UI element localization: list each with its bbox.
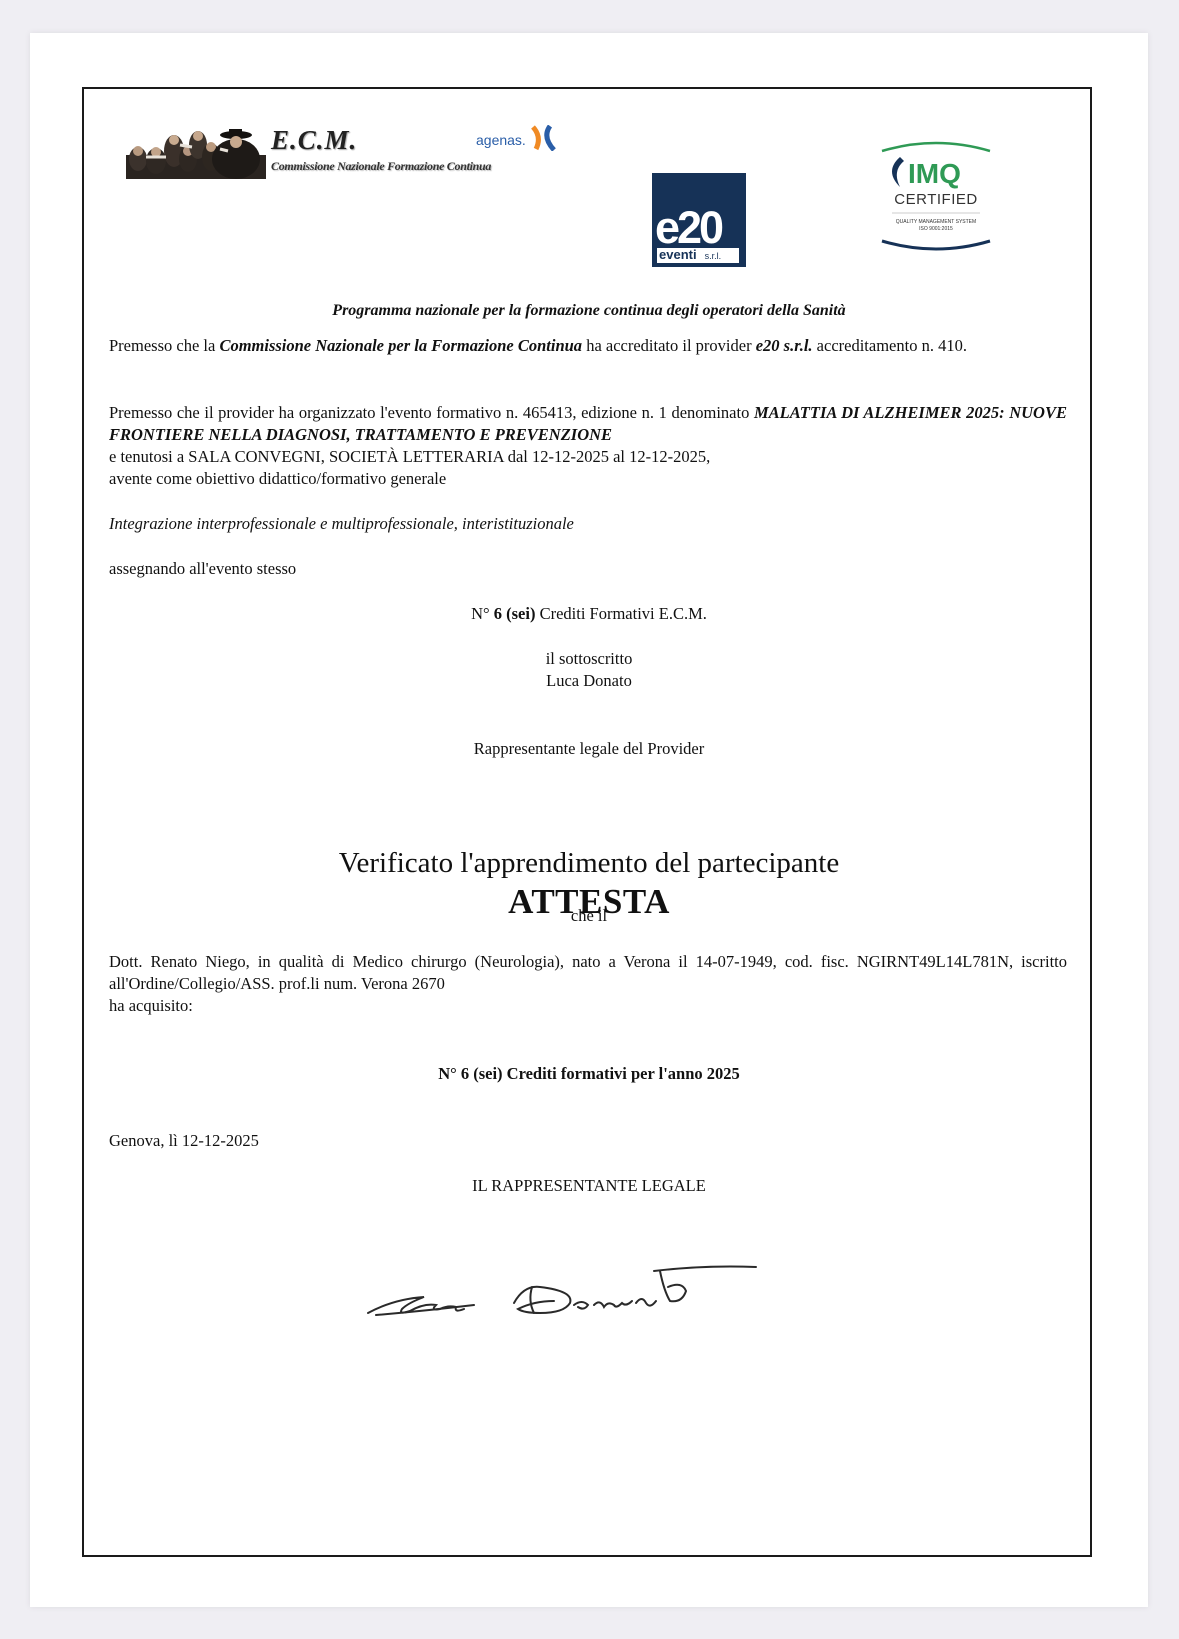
agenas-logo: agenas. xyxy=(476,125,558,151)
legal-rep-title: IL RAPPRESENTANTE LEGALE xyxy=(84,1175,1094,1197)
event-paragraph: Premesso che il provider ha organizzato … xyxy=(109,402,1067,446)
acquired-label: ha acquisito: xyxy=(109,995,1067,1017)
event-objective-label: avente come obiettivo didattico/formativ… xyxy=(109,468,1067,490)
undersigned-name: Luca Donato xyxy=(84,670,1094,692)
e20-logo-subtext: eventis.r.l. xyxy=(657,248,739,263)
undersigned-label: il sottoscritto xyxy=(84,648,1094,670)
commission-name: Commissione Nazionale per la Formazione … xyxy=(219,336,582,355)
event-venue: e tenutosi a SALA CONVEGNI, SOCIETÀ LETT… xyxy=(109,446,1067,468)
legal-rep-provider: Rappresentante legale del Provider xyxy=(84,738,1094,760)
imq-certified-label: CERTIFIED xyxy=(878,191,994,208)
certificate-frame: E.C.M. Commissione Nazionale Formazione … xyxy=(82,87,1092,1557)
agenas-label: agenas. xyxy=(476,132,526,148)
participant-details: Dott. Renato Niego, in qualità di Medico… xyxy=(109,951,1067,995)
accreditation-paragraph: Premesso che la Commissione Nazionale pe… xyxy=(109,335,1067,357)
agenas-mark-icon xyxy=(530,125,558,151)
verification-heading: Verificato l'apprendimento del partecipa… xyxy=(84,847,1094,880)
signature-image xyxy=(364,1251,764,1321)
event-objective: Integrazione interprofessionale e multip… xyxy=(109,513,1067,535)
che-il-text: che il xyxy=(84,905,1094,927)
ecm-painting-logo xyxy=(126,125,266,179)
event-credits: N° 6 (sei) Crediti Formativi E.C.M. xyxy=(84,603,1094,625)
svg-text:IMQ: IMQ xyxy=(908,158,961,189)
certificate-page: E.C.M. Commissione Nazionale Formazione … xyxy=(30,33,1148,1607)
imq-certified-logo: IMQ CERTIFIED QUALITY MANAGEMENT SYSTEM … xyxy=(878,141,994,255)
program-heading: Programma nazionale per la formazione co… xyxy=(84,302,1094,320)
ecm-title: E.C.M. xyxy=(271,125,357,156)
imq-qms-label: QUALITY MANAGEMENT SYSTEM ISO 9001:2015 xyxy=(878,219,994,233)
place-date: Genova, lì 12-12-2025 xyxy=(109,1130,1067,1152)
e20-eventi-logo: e20 eventis.r.l. xyxy=(652,173,746,267)
assigning-text: assegnando all'evento stesso xyxy=(109,558,1067,580)
ecm-subtitle: Commissione Nazionale Formazione Continu… xyxy=(271,159,491,174)
e20-logo-text: e20 xyxy=(655,205,721,250)
credits-acquired: N° 6 (sei) Crediti formativi per l'anno … xyxy=(84,1063,1094,1085)
provider-name: e20 s.r.l. xyxy=(756,336,813,355)
